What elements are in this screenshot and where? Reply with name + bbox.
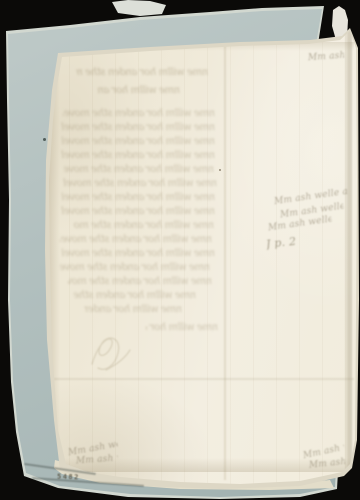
signature-flourish-showthrough bbox=[86, 326, 144, 376]
pencil-page-mark: J p. 2 bbox=[266, 235, 303, 250]
scan-canvas: { "scene": { "type": "scanned archival m… bbox=[0, 0, 360, 500]
wrapper-speck bbox=[43, 138, 46, 141]
pencil-smudge-bottom-right: Mm ash welle and him rende sal omer wim bbox=[309, 457, 346, 472]
pencil-note-top-right: Mm ash welle and him rende sal omer wim bbox=[308, 51, 345, 64]
paper-speck bbox=[219, 169, 221, 171]
pencil-smudge-bottom-left: Mm ash welle and him rende sal omer wim bbox=[76, 454, 119, 468]
